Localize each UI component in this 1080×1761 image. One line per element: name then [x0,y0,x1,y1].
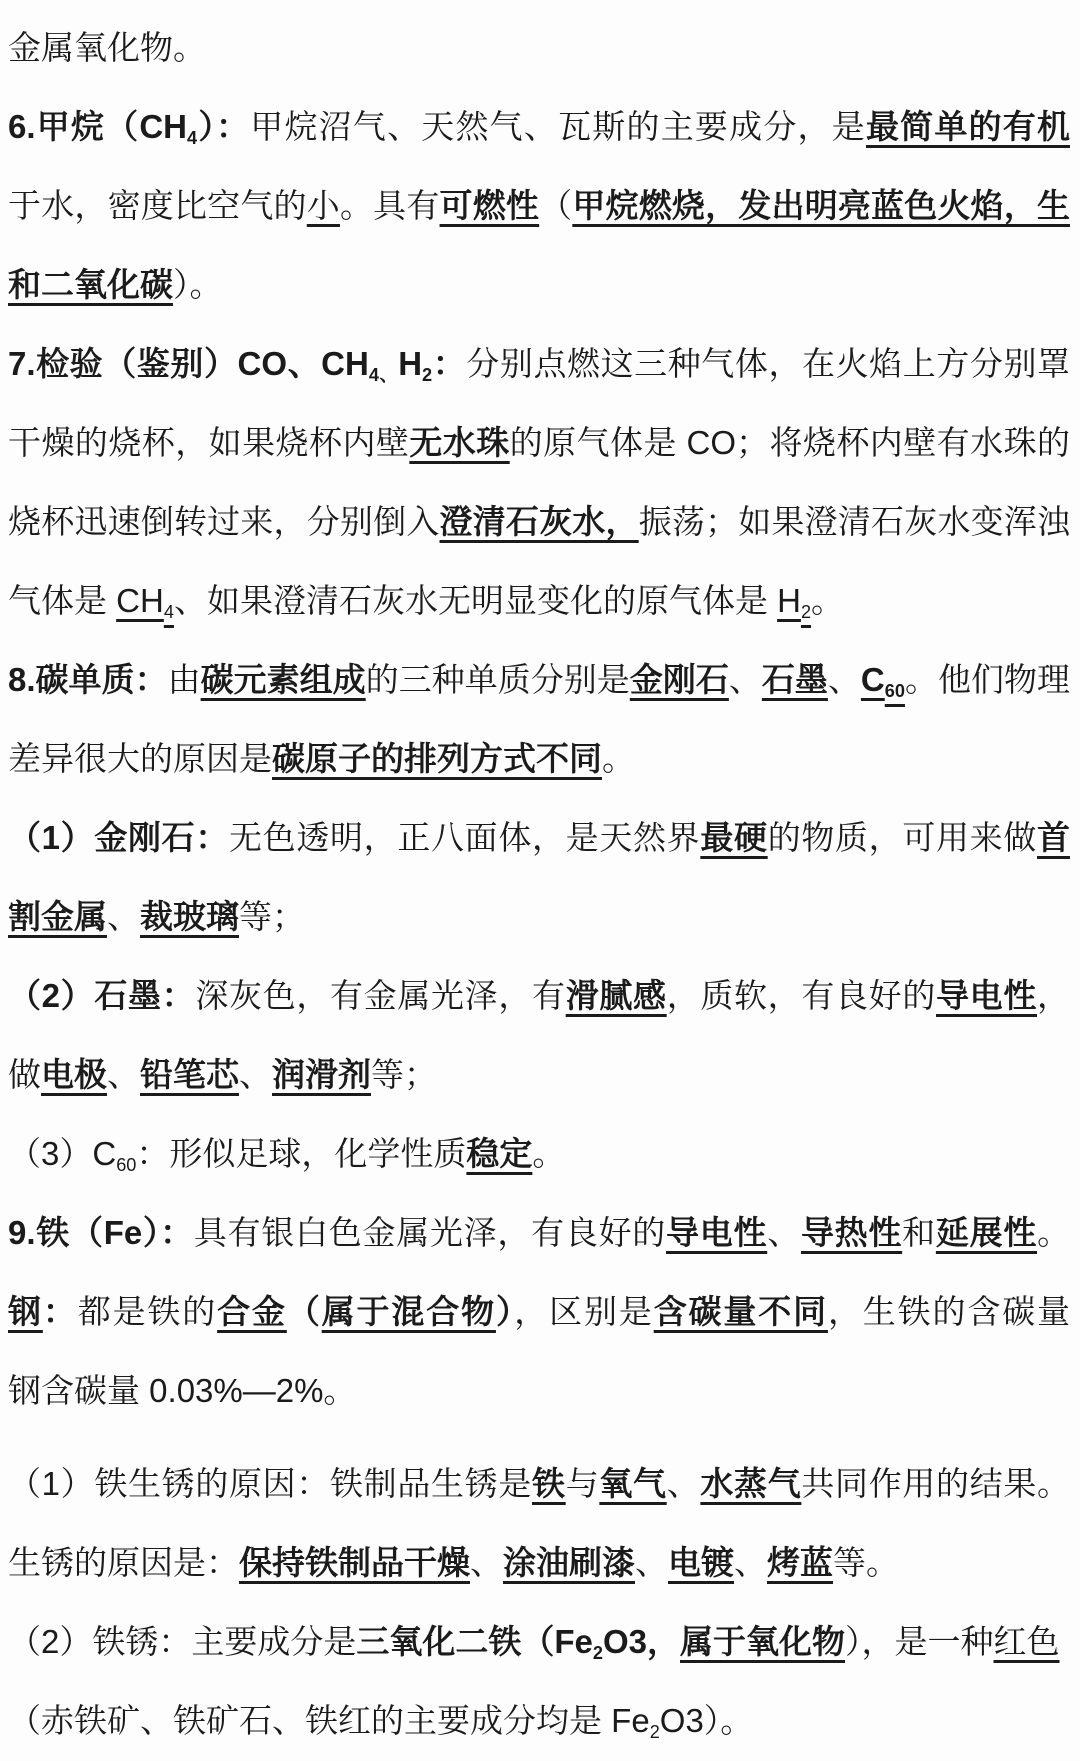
paragraph: 6.甲烷（CH4）：甲烷沼气、天然气、瓦斯的主要成分，是最简单的有机物。难溶于水… [8,87,1070,324]
text-segment: 7.检验（鉴别）CO、CH [8,345,369,382]
text-segment: 都是铁的 [78,1293,217,1330]
text-segment: 含碳量不同 [654,1293,828,1330]
text-line: 气体是 CH4、如果澄清石灰水无明显变化的原气体是 H2。 [8,561,1070,640]
text-segment: （1）金刚石： [8,819,229,856]
text-segment: 属于混合物 [322,1293,496,1330]
text-segment: 甲烷沼气、天然气、瓦斯的主要成分，是 [250,108,866,145]
text-segment: 可燃性 [440,187,540,224]
text-line: 钢含碳量 0.03%—2%。 [8,1351,1070,1430]
text-segment: 2 [801,602,811,622]
text-segment: 水蒸气 [700,1465,801,1502]
paragraph: 9.铁（Fe）：具有银白色金属光泽，有良好的导电性、导热性和延展性。生铁和钢：都… [8,1193,1070,1430]
text-segment: 和 [902,1214,936,1251]
text-segment: ）。 [173,266,223,303]
text-segment: H [777,582,801,619]
text-segment: （ [539,187,572,224]
text-segment: 4 [164,602,174,622]
text-segment: 做 [8,1056,41,1093]
text-line: 烧杯迅速倒转过来，分别倒入澄清石灰水，振荡；如果澄清石灰水变浑浊的原 [8,482,1070,561]
text-segment: 属于氧化物 [680,1623,845,1660]
text-segment: ）： [197,108,250,145]
text-segment: 、 [239,1056,272,1093]
text-segment: 金属氧化物。 [8,29,206,66]
text-segment: 9.铁（Fe）： [8,1214,194,1251]
text-segment: 、 [107,1056,140,1093]
paragraph: （3）C60：形似足球，化学性质稳定。 [8,1114,1070,1193]
text-segment: ） [496,1293,514,1330]
text-line: 干燥的烧杯，如果烧杯内壁无水珠的原气体是 CO；将烧杯内壁有水珠的另两个 [8,403,1070,482]
text-segment: 导电性 [936,977,1037,1014]
text-segment: 钢 [8,1293,43,1330]
text-line: （1）铁生锈的原因：铁制品生锈是铁与氧气、水蒸气共同作用的结果。防止铁 [8,1444,1070,1523]
document-body: 金属氧化物。6.甲烷（CH4）：甲烷沼气、天然气、瓦斯的主要成分，是最简单的有机… [8,8,1070,1760]
text-line: （2）铁锈：主要成分是三氧化二铁（Fe2O3，属于氧化物），是一种红色粉末。 [8,1602,1070,1681]
text-segment: 的三种单质分别是 [366,661,630,698]
text-segment: 、 [667,1465,701,1502]
text-segment: 电极 [41,1056,107,1093]
text-segment: 、 [767,1214,801,1251]
text-segment: 4 [187,128,197,148]
text-segment: H [398,345,422,382]
text-segment: O3， [603,1623,680,1660]
text-segment: 割金属 [8,898,107,935]
paragraph: （赤铁矿、铁矿石、铁红的主要成分均是 Fe2O3）。 [8,1681,1070,1760]
text-segment: 2 [650,1722,660,1742]
paragraph: 7.检验（鉴别）CO、CH4、H2：分别点燃这三种气体，在火焰上方分别罩一个冷而… [8,324,1070,640]
text-segment: ： [43,1293,78,1330]
text-segment: 60 [116,1155,136,1175]
text-segment: 碳原子的排列方式不同 [272,740,602,777]
text-segment: 烧杯迅速倒转过来，分别倒入 [8,503,440,540]
text-segment: 。具有 [340,187,440,224]
text-segment: 60 [885,681,905,701]
text-segment: 。 [1037,1214,1070,1251]
text-segment: 铁 [532,1465,566,1502]
text-line: 钢：都是铁的合金（属于混合物），区别是含碳量不同，生铁的含碳量 2%—4.3%， [8,1272,1070,1351]
text-segment: 保持铁制品干燥 [239,1544,470,1581]
text-segment: 8.碳单质： [8,661,168,698]
text-segment: 。 [602,740,635,777]
text-segment: 2 [422,365,432,385]
paragraph: 金属氧化物。 [8,8,1070,87]
text-segment: 无水珠 [409,424,509,461]
text-line: 做电极、铅笔芯、润滑剂等； [8,1035,1070,1114]
text-segment: 无色透明，正八面体，是天然界 [229,819,700,856]
text-segment: 电镀 [668,1544,734,1581]
text-segment: 深灰色，有金属光泽，有 [195,977,565,1014]
text-line: 6.甲烷（CH4）：甲烷沼气、天然气、瓦斯的主要成分，是最简单的有机物。难溶 [8,87,1070,166]
text-segment: 三氧化二铁 [356,1623,521,1660]
text-segment: 差异很大的原因是 [8,740,272,777]
text-segment: C [861,661,885,698]
text-segment: 、如果澄清石灰水无明显变化的原气体是 [174,582,777,619]
text-line: 于水，密度比空气的小。具有可燃性（甲烷燃烧，发出明亮蓝色火焰，生成水 [8,166,1070,245]
text-line: 7.检验（鉴别）CO、CH4、H2：分别点燃这三种气体，在火焰上方分别罩一个冷而 [8,324,1070,403]
text-segment: 碳元素组成 [201,661,366,698]
text-line: （赤铁矿、铁矿石、铁红的主要成分均是 Fe2O3）。 [8,1681,1070,1760]
text-segment: （2）铁锈：主要成分是 [8,1623,356,1660]
text-segment: 钢含碳量 0.03%—2%。 [8,1372,356,1409]
text-segment: 等。 [833,1544,899,1581]
text-segment: 氧气 [599,1465,666,1502]
text-segment: 6.甲烷（CH [8,108,187,145]
text-segment: 。 [811,582,844,619]
text-segment: （2）石墨： [8,977,195,1014]
text-segment: 2 [593,1643,603,1663]
text-line: （2）石墨：深灰色，有金属光泽，有滑腻感，质软，有良好的导电性，可用来 [8,956,1070,1035]
text-segment: 最硬 [700,819,767,856]
text-segment: （赤铁矿、铁矿石、铁红的主要成分均是 Fe [8,1702,650,1739]
text-line: （1）金刚石：无色透明，正八面体，是天然界最硬的物质，可用来做首饰、切 [8,798,1070,877]
text-segment: 润滑剂 [272,1056,371,1093]
text-segment: 由 [168,661,201,698]
text-segment: 稳定 [466,1135,532,1172]
text-segment: 。 [532,1135,565,1172]
paragraph: （1）铁生锈的原因：铁制品生锈是铁与氧气、水蒸气共同作用的结果。防止铁生锈的原因… [8,1444,1070,1602]
text-segment: 与 [566,1465,600,1502]
text-segment: 导热性 [801,1214,902,1251]
text-segment: 干燥的烧杯，如果烧杯内壁 [8,424,409,461]
text-segment: 裁玻璃 [140,898,239,935]
text-line: 9.铁（Fe）：具有银白色金属光泽，有良好的导电性、导热性和延展性。生铁和 [8,1193,1070,1272]
text-segment: O3）。 [660,1702,754,1739]
text-segment: 、 [734,1544,767,1581]
text-segment: 铅笔芯 [140,1056,239,1093]
text-segment: CH [116,582,164,619]
text-segment: 合金 [217,1293,287,1330]
paragraph: （1）金刚石：无色透明，正八面体，是天然界最硬的物质，可用来做首饰、切割金属、裁… [8,798,1070,956]
text-segment: 澄清石灰水， [440,503,639,540]
text-segment: 金刚石 [630,661,729,698]
text-segment: 、 [729,661,762,698]
text-segment: （Fe [521,1623,593,1660]
text-segment: 红色 [994,1623,1060,1660]
text-segment: （1）铁生锈的原因：铁制品生锈是 [8,1465,532,1502]
text-segment: ：形似足球，化学性质 [136,1135,466,1172]
text-segment: 延展性 [936,1214,1037,1251]
text-segment: 具有银白色金属光泽，有良好的 [194,1214,666,1251]
text-segment: ），是一种 [845,1623,994,1660]
text-segment: 、 [470,1544,503,1581]
text-segment: 、 [107,898,140,935]
text-line: 差异很大的原因是碳原子的排列方式不同。 [8,719,1070,798]
paragraph: （2）铁锈：主要成分是三氧化二铁（Fe2O3，属于氧化物），是一种红色粉末。 [8,1602,1070,1681]
text-segment: （3）C [8,1135,116,1172]
text-segment: 滑腻感 [566,977,667,1014]
text-line: 8.碳单质：由碳元素组成的三种单质分别是金刚石、石墨、C60。他们物理性质 [8,640,1070,719]
text-segment: 气体是 [8,582,116,619]
text-segment: 导电性 [666,1214,767,1251]
text-segment: 的物质，可用来做 [768,819,1037,856]
text-segment: 和二氧化碳 [8,266,173,303]
text-segment: 等； [239,898,305,935]
text-line: 生锈的原因是：保持铁制品干燥、涂油刷漆、电镀、烤蓝等。 [8,1523,1070,1602]
text-segment: ，质软，有良好的 [667,977,936,1014]
paragraph: 8.碳单质：由碳元素组成的三种单质分别是金刚石、石墨、C60。他们物理性质差异很… [8,640,1070,798]
text-segment: ： [432,345,466,382]
text-segment: 等； [371,1056,437,1093]
text-segment: 烤蓝 [767,1544,833,1581]
text-segment: ，区别是 [514,1293,653,1330]
text-line: （3）C60：形似足球，化学性质稳定。 [8,1114,1070,1193]
text-line: 割金属、裁玻璃等； [8,877,1070,956]
text-segment: 涂油刷漆 [503,1544,635,1581]
paragraph: （2）石墨：深灰色，有金属光泽，有滑腻感，质软，有良好的导电性，可用来做电极、铅… [8,956,1070,1114]
text-segment: 小 [307,187,340,224]
text-segment: 、 [635,1544,668,1581]
text-segment: 于水，密度比空气的 [8,187,307,224]
text-segment: （ [287,1293,322,1330]
text-line: 金属氧化物。 [8,8,1070,87]
text-segment: 、 [828,661,861,698]
text-segment: 4、 [369,365,398,385]
text-segment: 石墨 [762,661,828,698]
document-page: 金属氧化物。6.甲烷（CH4）：甲烷沼气、天然气、瓦斯的主要成分，是最简单的有机… [0,0,1080,1761]
text-segment: 生锈的原因是： [8,1544,239,1581]
text-line: 和二氧化碳）。 [8,245,1070,324]
